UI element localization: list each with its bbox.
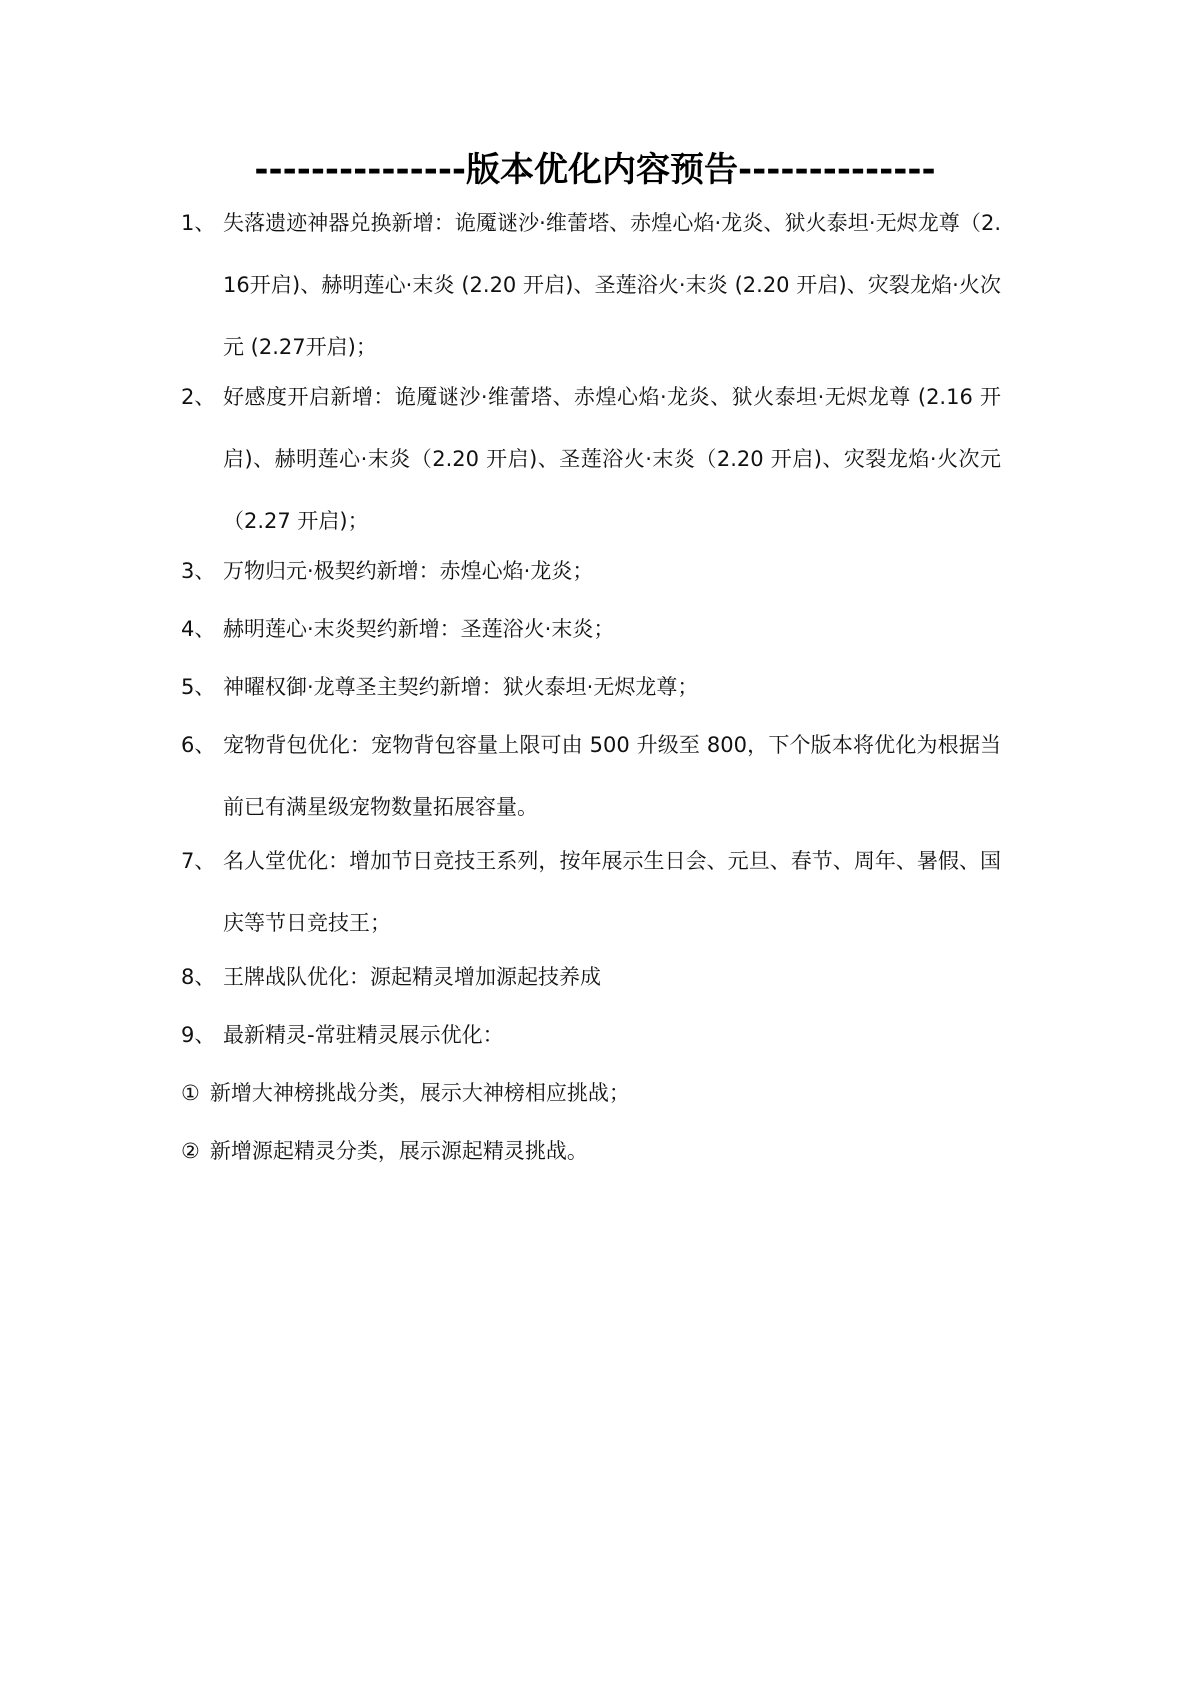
item-number: 9、	[181, 1004, 215, 1066]
item-text: 名人堂优化：增加节日竞技王系列，按年展示生日会、元旦、春节、周年、暑假、国庆等节…	[223, 830, 1001, 954]
item-number: 4、	[181, 598, 215, 660]
list-item-6: 6、 宠物背包优化：宠物背包容量上限可由 500 升级至 800，下个版本将优化…	[181, 714, 1001, 838]
item-number: 5、	[181, 656, 215, 718]
item-text: 王牌战队优化：源起精灵增加源起技养成	[223, 946, 1001, 1008]
item-text: 神曜权御·龙尊圣主契约新增：狱火泰坦·无烬龙尊；	[223, 656, 1001, 718]
list-item-9: 9、 最新精灵-常驻精灵展示优化：	[181, 1004, 1001, 1066]
list-item-8: 8、 王牌战队优化：源起精灵增加源起技养成	[181, 946, 1001, 1008]
sub-item-1: ①新增大神榜挑战分类，展示大神榜相应挑战；	[181, 1062, 630, 1124]
sub-item-2: ②新增源起精灵分类，展示源起精灵挑战。	[181, 1120, 588, 1182]
list-item-1: 1、 失落遗迹神器兑换新增：诡魇谜沙·维蕾塔、赤煌心焰·龙炎、狱火泰坦·无烬龙尊…	[181, 192, 1001, 378]
item-number: 7、	[181, 830, 215, 892]
item-number: 8、	[181, 946, 215, 1008]
item-number: 2、	[181, 366, 215, 428]
list-item-5: 5、 神曜权御·龙尊圣主契约新增：狱火泰坦·无烬龙尊；	[181, 656, 1001, 718]
list-item-2: 2、 好感度开启新增：诡魇谜沙·维蕾塔、赤煌心焰·龙炎、狱火泰坦·无烬龙尊 (2…	[181, 366, 1001, 552]
list-item-7: 7、 名人堂优化：增加节日竞技王系列，按年展示生日会、元旦、春节、周年、暑假、国…	[181, 830, 1001, 954]
list-item-3: 3、 万物归元·极契约新增：赤煌心焰·龙炎；	[181, 540, 1001, 602]
item-number: 6、	[181, 714, 215, 776]
item-number: 1、	[181, 192, 215, 254]
item-text: 失落遗迹神器兑换新增：诡魇谜沙·维蕾塔、赤煌心焰·龙炎、狱火泰坦·无烬龙尊（2.…	[223, 192, 1001, 378]
item-text: 好感度开启新增：诡魇谜沙·维蕾塔、赤煌心焰·龙炎、狱火泰坦·无烬龙尊 (2.16…	[223, 366, 1001, 552]
item-text: 最新精灵-常驻精灵展示优化：	[223, 1004, 1001, 1066]
item-text: 赫明莲心·末炎契约新增：圣莲浴火·末炎；	[223, 598, 1001, 660]
circled-number: ②	[181, 1139, 200, 1163]
sub-item-text: 新增源起精灵分类，展示源起精灵挑战。	[210, 1139, 588, 1163]
circled-number: ①	[181, 1081, 200, 1105]
item-number: 3、	[181, 540, 215, 602]
list-item-4: 4、 赫明莲心·末炎契约新增：圣莲浴火·末炎；	[181, 598, 1001, 660]
page-title: ---------------版本优化内容预告--------------	[0, 150, 1190, 190]
item-text: 万物归元·极契约新增：赤煌心焰·龙炎；	[223, 540, 1001, 602]
sub-item-text: 新增大神榜挑战分类，展示大神榜相应挑战；	[210, 1081, 630, 1105]
item-text: 宠物背包优化：宠物背包容量上限可由 500 升级至 800，下个版本将优化为根据…	[223, 714, 1001, 838]
